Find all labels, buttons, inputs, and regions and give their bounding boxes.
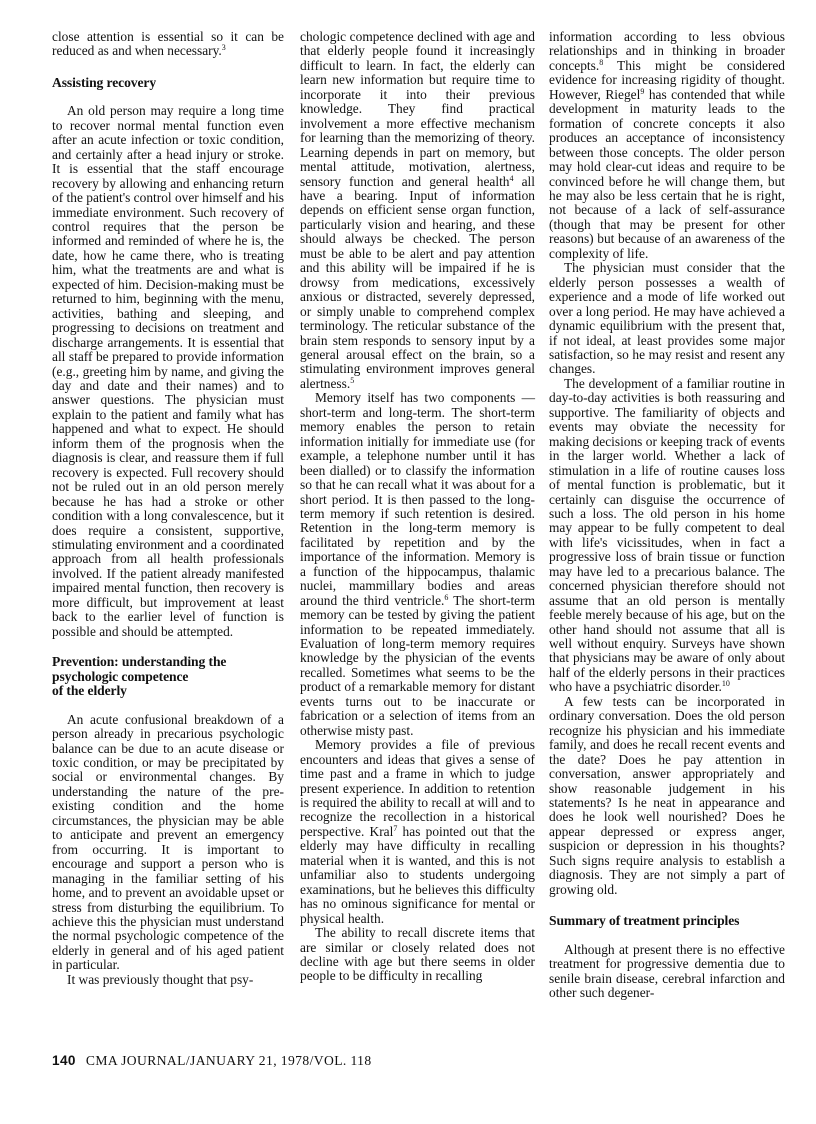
section-heading-prevention: Prevention: understanding the psychologi… [52,655,284,699]
column-3: information according to less obvious re… [549,30,785,1001]
paragraph: The ability to recall discrete items tha… [300,926,535,984]
reference-mark: 10 [722,679,730,688]
paragraph: It was previously thought that psy- [52,973,284,987]
text: has contended that while development in … [549,87,785,261]
heading-line: of the elderly [52,683,127,698]
text: Memory itself has two components — short… [300,390,535,607]
text: close attention is essential so it can b… [52,29,284,58]
heading-line: Prevention: understanding the [52,654,226,669]
page-number: 140 [52,1053,76,1068]
column-1: close attention is essential so it can b… [52,30,284,987]
text: has pointed out that the elderly may hav… [300,824,535,926]
text: chologic competence declined with age an… [300,29,535,189]
paragraph-continued: chologic competence declined with age an… [300,30,535,391]
paragraph-continued: information according to less obvious re… [549,30,785,261]
journal-citation: CMA JOURNAL/JANUARY 21, 1978/VOL. 118 [86,1053,372,1068]
paragraph: Although at present there is no effectiv… [549,943,785,1001]
paragraph: An old person may require a long time to… [52,104,284,639]
column-2: chologic competence declined with age an… [300,30,535,984]
text: The short-term memory can be tested by g… [300,593,535,738]
paragraph: Memory provides a file of previous encou… [300,738,535,926]
paragraph: The development of a familiar routine in… [549,377,785,695]
page-footer: 140CMA JOURNAL/JANUARY 21, 1978/VOL. 118 [52,1053,372,1069]
text: all have a bearing. Input of information… [300,174,535,391]
section-heading-assisting-recovery: Assisting recovery [52,76,284,91]
reference-mark: 5 [350,376,354,385]
paragraph: Memory itself has two components — short… [300,391,535,738]
section-heading-summary: Summary of treatment principles [549,914,785,929]
text: The development of a familiar routine in… [549,376,785,695]
paragraph-continued: close attention is essential so it can b… [52,30,284,59]
heading-line: psychologic competence [52,669,188,684]
paragraph: An acute confusional breakdown of a pers… [52,713,284,973]
paragraph: A few tests can be incorporated in ordin… [549,695,785,897]
reference-mark: 3 [222,43,226,52]
paragraph: The physician must consider that the eld… [549,261,785,377]
